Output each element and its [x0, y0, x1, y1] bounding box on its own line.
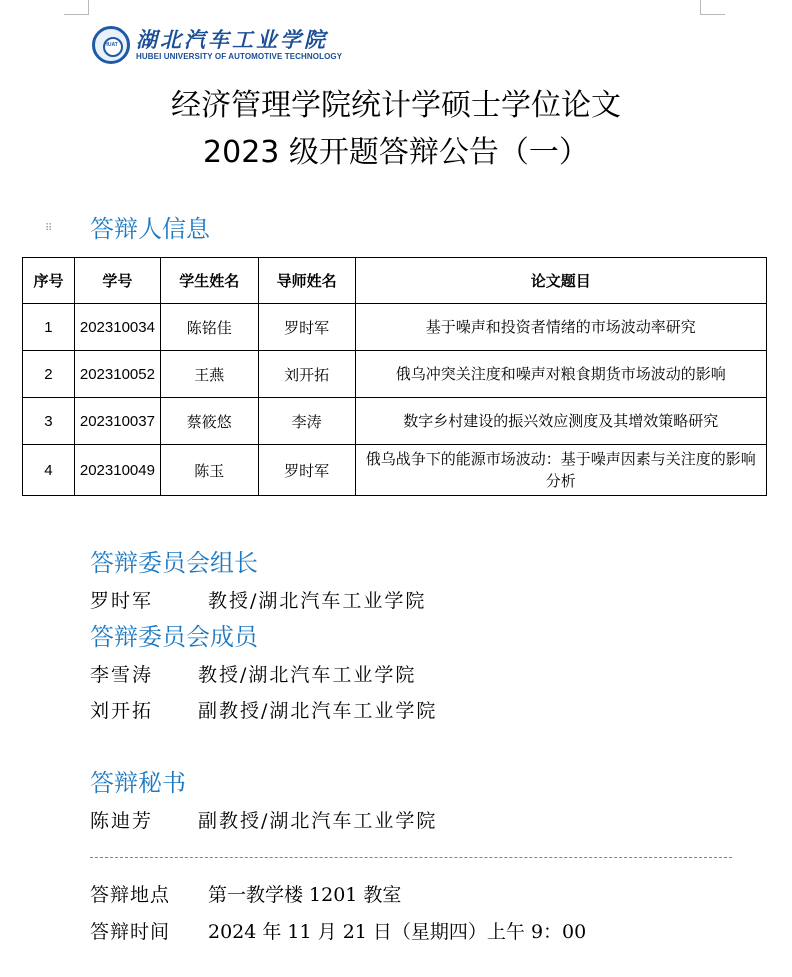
document-title-line1: 经济管理学院统计学硕士学位论文 — [0, 88, 792, 124]
table-row: 2 202310052 王燕 刘开拓 俄乌冲突关注度和噪声对粮食期货市场波动的影… — [23, 351, 767, 398]
page-corner-mark-right — [700, 0, 725, 15]
logo-name-en: HUBEI UNIVERSITY OF AUTOMOTIVE TECHNOLOG… — [136, 52, 342, 62]
university-logo: HUAT 湖北汽车工业学院 HUBEI UNIVERSITY OF AUTOMO… — [92, 26, 342, 64]
cell-student-id: 202310037 — [74, 398, 160, 445]
dashed-divider — [90, 857, 732, 858]
person-name: 陈迪芳 — [90, 808, 198, 834]
person-role: 副教授/湖北汽车工业学院 — [198, 698, 437, 724]
document-title-line2: 2023 级开题答辩公告（一） — [0, 135, 792, 171]
cell-student-name: 王燕 — [160, 351, 258, 398]
column-header-student-name: 学生姓名 — [160, 258, 258, 304]
emblem-abbr: HUAT — [95, 42, 127, 48]
heading-secretary: 答辩秘书 — [90, 768, 186, 798]
cell-thesis-title: 俄乌战争下的能源市场波动：基于噪声因素与关注度的影响分析 — [355, 445, 766, 496]
cell-index: 3 — [23, 398, 75, 445]
heading-committee-members: 答辩委员会成员 — [90, 622, 258, 652]
column-header-index: 序号 — [23, 258, 75, 304]
cell-thesis-title: 基于噪声和投资者情绪的市场波动率研究 — [355, 304, 766, 351]
secretary-entry: 陈迪芳副教授/湖北汽车工业学院 — [90, 808, 437, 834]
university-emblem-icon: HUAT — [92, 26, 130, 64]
defense-time: 答辩时间2024 年 11 月 21 日（星期四）上午 9：00 — [90, 919, 586, 945]
table-row: 3 202310037 蔡筱悠 李涛 数字乡村建设的振兴效应测度及其增效策略研究 — [23, 398, 767, 445]
committee-chair-entry: 罗时军教授/湖北汽车工业学院 — [90, 588, 426, 614]
cell-index: 4 — [23, 445, 75, 496]
person-name: 罗时军 — [90, 588, 208, 614]
logo-name-cn: 湖北汽车工业学院 — [136, 28, 342, 52]
defender-info-table: 序号 学号 学生姓名 导师姓名 论文题目 1 202310034 陈铭佳 罗时军… — [22, 257, 767, 496]
cell-thesis-title: 俄乌冲突关注度和噪声对粮食期货市场波动的影响 — [355, 351, 766, 398]
cell-advisor-name: 罗时军 — [258, 445, 355, 496]
column-header-advisor-name: 导师姓名 — [258, 258, 355, 304]
cell-student-name: 蔡筱悠 — [160, 398, 258, 445]
drag-handle-icon[interactable]: ⠿ — [45, 226, 53, 240]
cell-advisor-name: 李涛 — [258, 398, 355, 445]
committee-member-entry: 李雪涛教授/湖北汽车工业学院 — [90, 662, 416, 688]
person-role: 副教授/湖北汽车工业学院 — [198, 808, 437, 834]
cell-student-name: 陈铭佳 — [160, 304, 258, 351]
location-label: 答辩地点 — [90, 882, 208, 908]
cell-advisor-name: 刘开拓 — [258, 351, 355, 398]
time-value: 2024 年 11 月 21 日（星期四）上午 9：00 — [208, 921, 586, 943]
cell-student-id: 202310049 — [74, 445, 160, 496]
person-role: 教授/湖北汽车工业学院 — [208, 588, 426, 614]
cell-advisor-name: 罗时军 — [258, 304, 355, 351]
cell-index: 2 — [23, 351, 75, 398]
table-row: 1 202310034 陈铭佳 罗时军 基于噪声和投资者情绪的市场波动率研究 — [23, 304, 767, 351]
committee-member-entry: 刘开拓副教授/湖北汽车工业学院 — [90, 698, 437, 724]
person-name: 刘开拓 — [90, 698, 198, 724]
table-row: 4 202310049 陈玉 罗时军 俄乌战争下的能源市场波动：基于噪声因素与关… — [23, 445, 767, 496]
cell-student-id: 202310034 — [74, 304, 160, 351]
column-header-thesis-title: 论文题目 — [355, 258, 766, 304]
person-name: 李雪涛 — [90, 662, 198, 688]
defense-location: 答辩地点第一教学楼 1201 教室 — [90, 882, 401, 908]
page-corner-mark-left — [64, 0, 89, 15]
cell-thesis-title: 数字乡村建设的振兴效应测度及其增效策略研究 — [355, 398, 766, 445]
heading-committee-chair: 答辩委员会组长 — [90, 548, 258, 578]
cell-index: 1 — [23, 304, 75, 351]
cell-student-id: 202310052 — [74, 351, 160, 398]
person-role: 教授/湖北汽车工业学院 — [198, 662, 416, 688]
column-header-student-id: 学号 — [74, 258, 160, 304]
heading-defender-info: 答辩人信息 — [90, 214, 210, 244]
cell-student-name: 陈玉 — [160, 445, 258, 496]
location-value: 第一教学楼 1201 教室 — [208, 884, 401, 906]
time-label: 答辩时间 — [90, 919, 208, 945]
logo-text: 湖北汽车工业学院 HUBEI UNIVERSITY OF AUTOMOTIVE … — [136, 28, 342, 62]
table-header-row: 序号 学号 学生姓名 导师姓名 论文题目 — [23, 258, 767, 304]
